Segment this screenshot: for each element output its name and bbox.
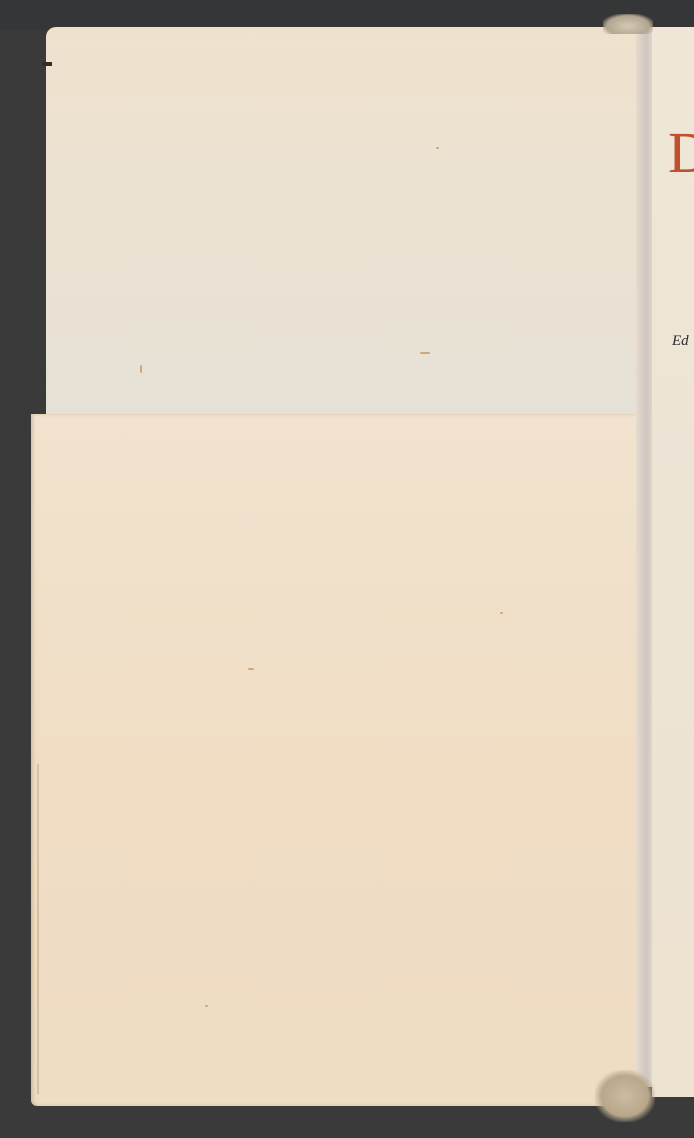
scanner-background [0, 0, 694, 30]
torn-binding-top [603, 14, 653, 34]
blank-page-lower-sheet [31, 414, 642, 1106]
page-notch [42, 62, 52, 66]
paper-speck [500, 612, 503, 614]
paper-speck [436, 147, 439, 149]
paper-speck [248, 668, 254, 670]
red-initial-letter: D [668, 124, 694, 182]
blank-page-upper-sheet [46, 27, 642, 419]
paper-speck [420, 352, 430, 354]
facing-page-partial-text: Ed [672, 333, 689, 350]
paper-speck [140, 365, 142, 373]
facing-title-page-edge [652, 27, 694, 1097]
torn-binding-bottom [595, 1070, 655, 1122]
paper-speck [205, 1005, 208, 1007]
